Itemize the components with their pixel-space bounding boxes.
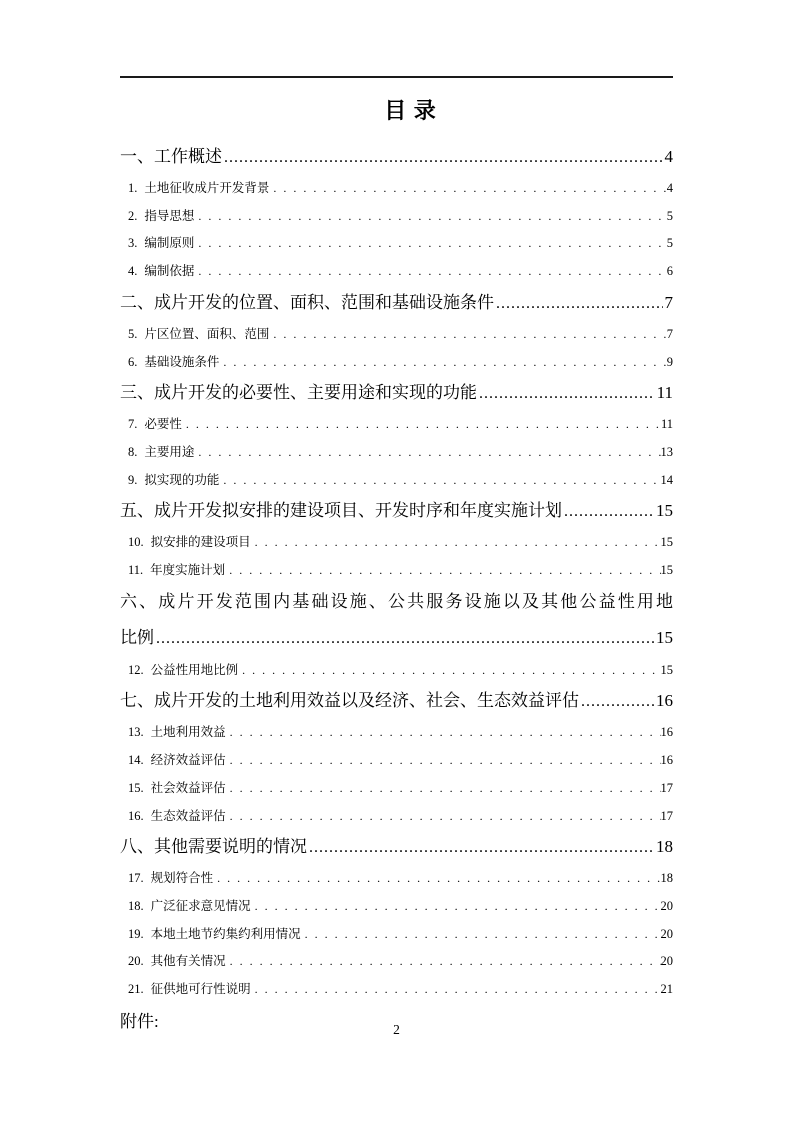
- toc-entry-page: 15: [656, 494, 673, 528]
- toc-entry[interactable]: 14. 经济效益评估 16: [120, 747, 673, 775]
- toc-entry[interactable]: 4. 编制依据 6: [120, 258, 673, 286]
- dot-leader: [198, 230, 666, 258]
- document-page: 目 录 一、 工作概述 4 1. 土地征收成片开发背景 4 2. 指导思想 5 …: [0, 0, 793, 1122]
- toc-entry-number: 13.: [128, 719, 144, 747]
- dot-leader: [198, 258, 666, 286]
- toc-entry-label: 主要用途: [144, 439, 194, 467]
- toc-entry-line2: 比例 15: [120, 619, 673, 657]
- toc-entry-page: 15: [656, 619, 673, 656]
- toc-entry[interactable]: 八、 其他需要说明的情况 18: [120, 830, 673, 865]
- toc-entry-label: 土地利用效益: [151, 719, 226, 747]
- toc-entry-number: 15.: [128, 775, 144, 803]
- toc-entry[interactable]: 15. 社会效益评估 17: [120, 775, 673, 803]
- toc-entry-label: 编制原则: [144, 230, 194, 258]
- toc-entry[interactable]: 19. 本地土地节约集约利用情况 20: [120, 921, 673, 949]
- toc-entry-label: 成片开发的位置、面积、范围和基础设施条件: [154, 286, 494, 320]
- toc-entry-page: 17: [661, 803, 674, 831]
- toc-entry-label: 生态效益评估: [151, 803, 226, 831]
- toc-entry[interactable]: 18. 广泛征求意见情况 20: [120, 893, 673, 921]
- toc-entry[interactable]: 21. 征供地可行性说明 21: [120, 976, 673, 1004]
- toc-entry-page: 18: [656, 830, 673, 864]
- toc-entry-page: 11: [657, 376, 673, 410]
- page-number: 2: [0, 1021, 793, 1039]
- toc-entry-number: 18.: [128, 893, 144, 921]
- toc-entry[interactable]: 三、 成片开发的必要性、主要用途和实现的功能 11: [120, 376, 673, 411]
- toc-entry-page: 13: [661, 439, 674, 467]
- toc-entry-number: 17.: [128, 865, 144, 893]
- toc-entry[interactable]: 二、 成片开发的位置、面积、范围和基础设施条件 7: [120, 286, 673, 321]
- dot-leader: [156, 620, 654, 657]
- toc-entry-number: 七、: [120, 684, 154, 718]
- toc-entry-number: 2.: [128, 203, 137, 231]
- toc-entry-number: 六、: [120, 592, 158, 611]
- dot-leader: [309, 831, 654, 865]
- dot-leader: [230, 803, 661, 831]
- dot-leader: [224, 141, 663, 175]
- dot-leader: [230, 775, 661, 803]
- toc-entry-number: 14.: [128, 747, 144, 775]
- toc-entry-number: 20.: [128, 948, 144, 976]
- toc-entry-page: 5: [667, 203, 673, 231]
- toc-entry-number: 五、: [120, 494, 154, 528]
- dot-leader: [496, 287, 663, 321]
- toc-entry-number: 1.: [128, 175, 137, 203]
- toc-entry[interactable]: 六、成片开发范围内基础设施、公共服务设施以及其他公益性用地 比例 15: [120, 585, 673, 657]
- dot-leader: [230, 948, 661, 976]
- dot-leader: [230, 719, 661, 747]
- toc-entry-page: 21: [661, 976, 674, 1004]
- toc-entry-label: 规划符合性: [151, 865, 214, 893]
- toc-entry[interactable]: 3. 编制原则 5: [120, 230, 673, 258]
- toc-entry-label: 片区位置、面积、范围: [144, 321, 269, 349]
- toc-entry-number: 3.: [128, 230, 137, 258]
- dot-leader: [198, 439, 660, 467]
- toc-entry-label: 经济效益评估: [151, 747, 226, 775]
- toc-entry[interactable]: 11. 年度实施计划 15: [120, 557, 673, 585]
- dot-leader: [229, 557, 660, 585]
- toc-entry-page: 5: [667, 230, 673, 258]
- toc-entry-number: 11.: [128, 557, 143, 585]
- toc-entry-page: 7: [667, 321, 673, 349]
- toc-entry[interactable]: 七、 成片开发的土地利用效益以及经济、社会、生态效益评估 16: [120, 684, 673, 719]
- toc-entry-label: 征供地可行性说明: [151, 976, 251, 1004]
- toc-entry-page: 15: [661, 657, 674, 685]
- toc-entry-page: 11: [661, 411, 673, 439]
- toc-entry-number: 8.: [128, 439, 137, 467]
- toc-entry-label: 成片开发的必要性、主要用途和实现的功能: [154, 376, 477, 410]
- toc-entry-label: 必要性: [144, 411, 182, 439]
- toc-entry-page: 15: [661, 557, 674, 585]
- dot-leader: [273, 321, 666, 349]
- toc-entry-number: 12.: [128, 657, 144, 685]
- toc-entry-page: 17: [661, 775, 674, 803]
- toc-entry-page: 16: [661, 747, 674, 775]
- toc-entry[interactable]: 一、 工作概述 4: [120, 140, 673, 175]
- dot-leader: [273, 175, 666, 203]
- toc-entry-label: 社会效益评估: [151, 775, 226, 803]
- toc-entry-label: 广泛征求意见情况: [151, 893, 251, 921]
- toc-entry-label: 公益性用地比例: [151, 657, 239, 685]
- toc-entry[interactable]: 9. 拟实现的功能 14: [120, 467, 673, 495]
- dot-leader: [242, 657, 660, 685]
- dot-leader: [255, 893, 661, 921]
- dot-leader: [255, 976, 661, 1004]
- toc-entry-label-continued: 比例: [120, 619, 154, 656]
- toc-entry-number: 4.: [128, 258, 137, 286]
- toc-entry-number: 21.: [128, 976, 144, 1004]
- dot-leader: [230, 747, 661, 775]
- toc-entry-number: 16.: [128, 803, 144, 831]
- toc-entry-number: 19.: [128, 921, 144, 949]
- dot-leader: [581, 685, 654, 719]
- toc-entry[interactable]: 17. 规划符合性 18: [120, 865, 673, 893]
- toc-title: 目 录: [134, 98, 687, 124]
- toc-entry-page: 20: [661, 921, 674, 949]
- dot-leader: [223, 349, 666, 377]
- content-column: 目 录 一、 工作概述 4 1. 土地征收成片开发背景 4 2. 指导思想 5 …: [120, 0, 673, 1034]
- toc-entry-number: 一、: [120, 140, 154, 174]
- toc-entry-page: 9: [667, 349, 673, 377]
- toc-entry-label: 成片开发范围内基础设施、公共服务设施以及其他公益性用地: [158, 592, 673, 611]
- toc-entry-label: 基础设施条件: [144, 349, 219, 377]
- toc-entry-line1: 六、成片开发范围内基础设施、公共服务设施以及其他公益性用地: [120, 585, 673, 619]
- toc-entry[interactable]: 8. 主要用途 13: [120, 439, 673, 467]
- toc-entry-number: 9.: [128, 467, 137, 495]
- toc-entry-page: 15: [661, 529, 674, 557]
- toc-entry[interactable]: 2. 指导思想 5: [120, 203, 673, 231]
- toc-entry[interactable]: 13. 土地利用效益 16: [120, 719, 673, 747]
- toc-entry[interactable]: 10. 拟安排的建设项目 15: [120, 529, 673, 557]
- dot-leader: [223, 467, 660, 495]
- toc-entry-page: 18: [661, 865, 674, 893]
- toc-entry-number: 7.: [128, 411, 137, 439]
- toc-entry-label: 编制依据: [144, 258, 194, 286]
- dot-leader: [255, 529, 661, 557]
- toc-entry-page: 4: [667, 175, 673, 203]
- toc-entry-page: 20: [661, 948, 674, 976]
- dot-leader: [198, 203, 666, 231]
- toc-entry-number: 10.: [128, 529, 144, 557]
- toc-entry[interactable]: 16. 生态效益评估 17: [120, 803, 673, 831]
- dot-leader: [564, 495, 654, 529]
- dot-leader: [186, 411, 661, 439]
- toc-entry-label: 土地征收成片开发背景: [144, 175, 269, 203]
- toc-entry[interactable]: 五、 成片开发拟安排的建设项目、开发时序和年度实施计划 15: [120, 494, 673, 529]
- toc-entry-number: 三、: [120, 376, 154, 410]
- toc-entry-number: 二、: [120, 286, 154, 320]
- toc-list: 一、 工作概述 4 1. 土地征收成片开发背景 4 2. 指导思想 5 3. 编…: [120, 140, 673, 1004]
- toc-entry[interactable]: 12. 公益性用地比例 15: [120, 657, 673, 685]
- toc-entry[interactable]: 6. 基础设施条件 9: [120, 349, 673, 377]
- toc-entry-page: 16: [661, 719, 674, 747]
- toc-entry[interactable]: 20. 其他有关情况 20: [120, 948, 673, 976]
- toc-entry-page: 20: [661, 893, 674, 921]
- toc-entry[interactable]: 5. 片区位置、面积、范围 7: [120, 321, 673, 349]
- toc-entry-label: 指导思想: [144, 203, 194, 231]
- toc-entry-label: 成片开发拟安排的建设项目、开发时序和年度实施计划: [154, 494, 562, 528]
- toc-entry-page: 7: [665, 286, 674, 320]
- toc-entry-label: 拟实现的功能: [144, 467, 219, 495]
- dot-leader: [305, 921, 661, 949]
- toc-entry-number: 5.: [128, 321, 137, 349]
- header-rule: [120, 76, 673, 78]
- toc-entry-page: 4: [665, 140, 674, 174]
- toc-entry-number: 八、: [120, 830, 154, 864]
- toc-entry-label: 工作概述: [154, 140, 222, 174]
- toc-entry-label: 拟安排的建设项目: [151, 529, 251, 557]
- toc-entry-label: 年度实施计划: [150, 557, 225, 585]
- toc-entry-page: 16: [656, 684, 673, 718]
- toc-entry-label: 其他需要说明的情况: [154, 830, 307, 864]
- toc-entry[interactable]: 1. 土地征收成片开发背景 4: [120, 175, 673, 203]
- toc-entry-label: 本地土地节约集约利用情况: [151, 921, 301, 949]
- toc-entry-page: 6: [667, 258, 673, 286]
- toc-entry-label: 其他有关情况: [151, 948, 226, 976]
- toc-entry[interactable]: 7. 必要性 11: [120, 411, 673, 439]
- dot-leader: [217, 865, 660, 893]
- dot-leader: [479, 377, 655, 411]
- toc-entry-number: 6.: [128, 349, 137, 377]
- toc-entry-label: 成片开发的土地利用效益以及经济、社会、生态效益评估: [154, 684, 579, 718]
- toc-entry-page: 14: [661, 467, 674, 495]
